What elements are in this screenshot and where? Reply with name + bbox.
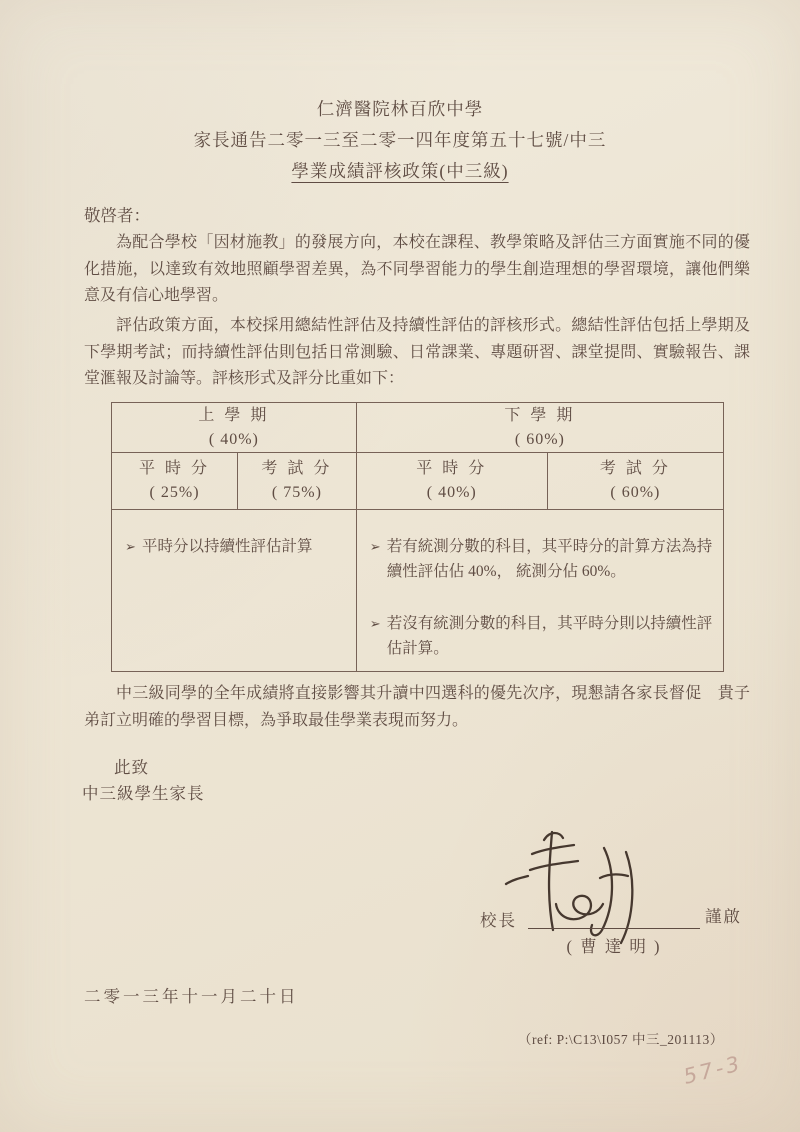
sign-off-label: 謹啟 [705, 903, 742, 927]
term2-note-text-1: 若有統測分數的科目，其平時分的計算方法為持續性評估佔 40%， 統測分佔 60%… [387, 534, 715, 584]
assessment-weight-table: 上 學 期 ( 40%) 下 學 期 ( 60%) 平 時 分 ( 25%) 考… [111, 402, 724, 672]
term2-exam-cell: 考 試 分 ( 60%) [547, 453, 723, 510]
term1-note-item: ➢ 平時分以持續性評估計算 [125, 534, 348, 559]
term1-coursework-title: 平 時 分 [112, 457, 237, 481]
term2-weight: ( 60%) [357, 428, 723, 452]
handwritten-pencil-note: 57-3 [681, 1051, 745, 1089]
notice-header: 仁濟醫院林百欣中學 家長通告二零一三至二零一四年度第五十七號/中三 學業成績評核… [0, 94, 800, 187]
term2-title: 下 學 期 [357, 404, 723, 428]
notice-number-line: 家長通告二零一三至二零一四年度第五十七號/中三 [0, 125, 800, 156]
term2-header-cell: 下 學 期 ( 60%) [356, 403, 723, 453]
paragraph-intro: 為配合學校「因材施教」的發展方向，本校在課程、教學策略及評估三方面實施不同的優化… [84, 230, 750, 310]
table-row-notes: ➢ 平時分以持續性評估計算 ➢ 若有統測分數的科目，其平時分的計算方法為持續性評… [112, 510, 724, 672]
principal-name: ( 曹 達 明 ) [526, 933, 702, 957]
signature-line [528, 928, 700, 929]
term2-note-text-2: 若沒有統測分數的科目，其平時分則以持續性評估計算。 [387, 611, 715, 661]
term1-title: 上 學 期 [112, 404, 356, 428]
term2-coursework-title: 平 時 分 [357, 457, 547, 481]
term2-coursework-cell: 平 時 分 ( 40%) [356, 453, 547, 510]
term1-coursework-cell: 平 時 分 ( 25%) [112, 453, 238, 510]
notice-subject-line: 學業成績評核政策(中三級) [0, 156, 800, 187]
date-line: 二零一三年十一月二十日 [84, 983, 299, 1007]
table-row-terms: 上 學 期 ( 40%) 下 學 期 ( 60%) [112, 403, 724, 453]
recipient-line: 中三級學生家長 [82, 780, 205, 804]
arrow-bullet-icon: ➢ [125, 534, 142, 559]
term1-exam-title: 考 試 分 [238, 457, 356, 481]
paragraph-s3-results: 中三級同學的全年成績將直接影響其升讀中四選科的優先次序，現懇請各家長督促 貴子弟… [84, 681, 750, 734]
term2-notes-cell: ➢ 若有統測分數的科目，其平時分的計算方法為持續性評估佔 40%， 統測分佔 6… [356, 510, 723, 672]
arrow-bullet-icon: ➢ [370, 611, 387, 636]
term1-note-text: 平時分以持續性評估計算 [142, 534, 313, 559]
school-name: 仁濟醫院林百欣中學 [0, 94, 800, 125]
term2-exam-title: 考 試 分 [548, 457, 723, 481]
term1-notes-cell: ➢ 平時分以持續性評估計算 [112, 510, 357, 672]
valediction: 此致 [114, 754, 149, 778]
principal-signature [500, 818, 700, 946]
term1-coursework-weight: ( 25%) [112, 481, 237, 505]
term2-note-item-2: ➢ 若沒有統測分數的科目，其平時分則以持續性評估計算。 [370, 611, 715, 661]
term2-coursework-weight: ( 40%) [357, 481, 547, 505]
term2-exam-weight: ( 60%) [548, 481, 723, 505]
term1-header-cell: 上 學 期 ( 40%) [112, 403, 357, 453]
term2-note-item-1: ➢ 若有統測分數的科目，其平時分的計算方法為持續性評估佔 40%， 統測分佔 6… [370, 534, 715, 584]
table-row-subheaders: 平 時 分 ( 25%) 考 試 分 ( 75%) 平 時 分 ( 40%) 考… [112, 453, 724, 510]
term1-weight: ( 40%) [112, 428, 356, 452]
term1-exam-cell: 考 試 分 ( 75%) [238, 453, 357, 510]
paragraph-assessment-policy: 評估政策方面，本校採用總結性評估及持續性評估的評核形式。總結性評估包括上學期及下… [84, 313, 750, 393]
arrow-bullet-icon: ➢ [370, 534, 387, 559]
notice-subject-underlined: 學業成績評核政策(中三級) [291, 161, 508, 181]
term1-exam-weight: ( 75%) [238, 481, 356, 505]
reference-line: （ref: P:\C13\I057 中三_201113） [518, 1028, 724, 1048]
scanned-school-notice: 仁濟醫院林百欣中學 家長通告二零一三至二零一四年度第五十七號/中三 學業成績評核… [0, 0, 800, 1132]
salutation: 敬啓者： [84, 202, 150, 226]
